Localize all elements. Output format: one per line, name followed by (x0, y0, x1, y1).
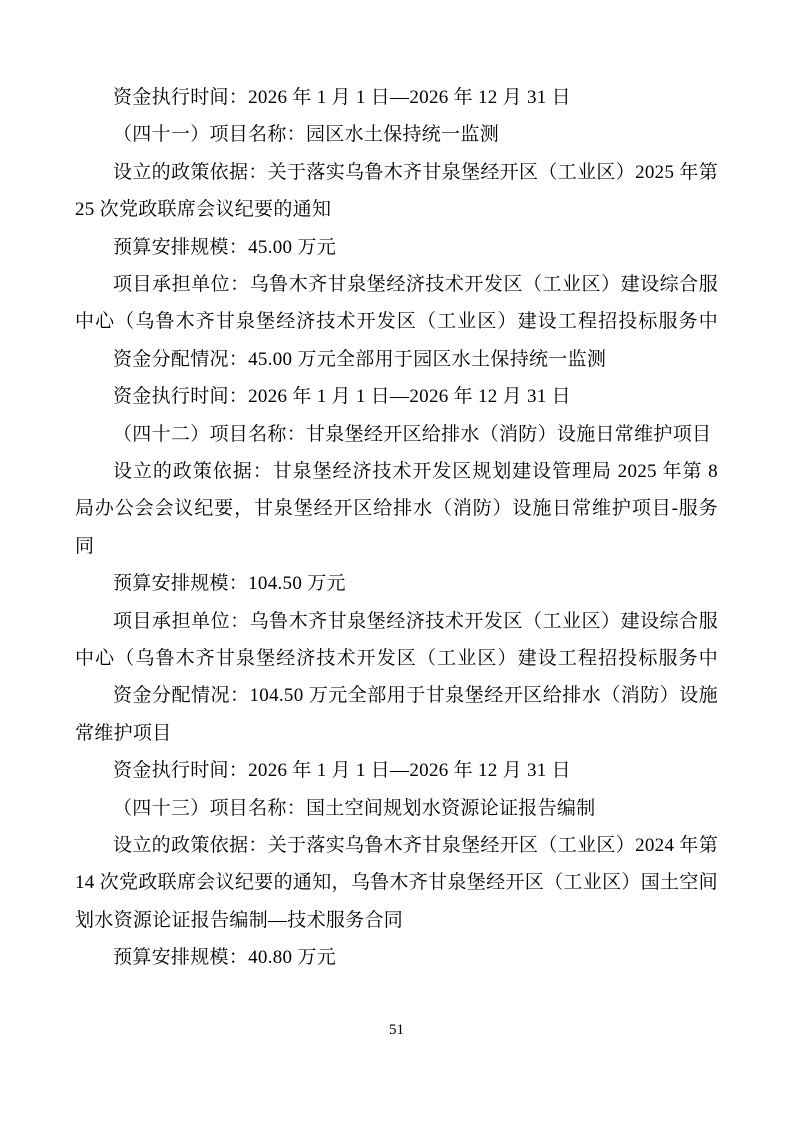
text-line: 项目承担单位：乌鲁木齐甘泉堡经济技术开发区（工业区）建设综合服务 (75, 266, 718, 303)
text-line: 资金执行时间：2026 年 1 月 1 日—2026 年 12 月 31 日 (75, 752, 718, 789)
text-line: （四十二）项目名称：甘泉堡经开区给排水（消防）设施日常维护项目 (75, 416, 718, 453)
text-line: 预算安排规模：45.00 万元 (75, 229, 718, 266)
text-line: 25 次党政联席会议纪要的通知 (75, 191, 718, 228)
document-page: 资金执行时间：2026 年 1 月 1 日—2026 年 12 月 31 日（四… (0, 0, 793, 1122)
text-line: 设立的政策依据：甘泉堡经济技术开发区规划建设管理局 2025 年第 8 次 (75, 453, 718, 490)
text-line: 局办公会会议纪要，甘泉堡经开区给排水（消防）设施日常维护项目-服务合 (75, 490, 718, 527)
page-number: 51 (0, 1022, 793, 1039)
text-line: 常维护项目 (75, 715, 718, 752)
document-body: 资金执行时间：2026 年 1 月 1 日—2026 年 12 月 31 日（四… (75, 79, 718, 977)
text-line: 资金执行时间：2026 年 1 月 1 日—2026 年 12 月 31 日 (75, 79, 718, 116)
text-line: （四十一）项目名称：园区水土保持统一监测 (75, 116, 718, 153)
text-line: 资金执行时间：2026 年 1 月 1 日—2026 年 12 月 31 日 (75, 378, 718, 415)
text-line: 预算安排规模：104.50 万元 (75, 565, 718, 602)
text-line: 资金分配情况：45.00 万元全部用于园区水土保持统一监测 (75, 341, 718, 378)
text-line: 项目承担单位：乌鲁木齐甘泉堡经济技术开发区（工业区）建设综合服务 (75, 603, 718, 640)
text-line: 预算安排规模：40.80 万元 (75, 939, 718, 976)
text-line: 划水资源论证报告编制—技术服务合同 (75, 902, 718, 939)
text-line: 中心（乌鲁木齐甘泉堡经济技术开发区（工业区）建设工程招投标服务中心） (75, 640, 718, 677)
text-line: 中心（乌鲁木齐甘泉堡经济技术开发区（工业区）建设工程招投标服务中心） (75, 303, 718, 340)
text-line: 14 次党政联席会议纪要的通知，乌鲁木齐甘泉堡经开区（工业区）国土空间规 (75, 864, 718, 901)
text-line: 资金分配情况：104.50 万元全部用于甘泉堡经开区给排水（消防）设施日 (75, 677, 718, 714)
text-line: 设立的政策依据：关于落实乌鲁木齐甘泉堡经开区（工业区）2024 年第 (75, 827, 718, 864)
text-line: 设立的政策依据：关于落实乌鲁木齐甘泉堡经开区（工业区）2025 年第 (75, 154, 718, 191)
text-line: 同 (75, 528, 718, 565)
text-line: （四十三）项目名称：国土空间规划水资源论证报告编制 (75, 790, 718, 827)
